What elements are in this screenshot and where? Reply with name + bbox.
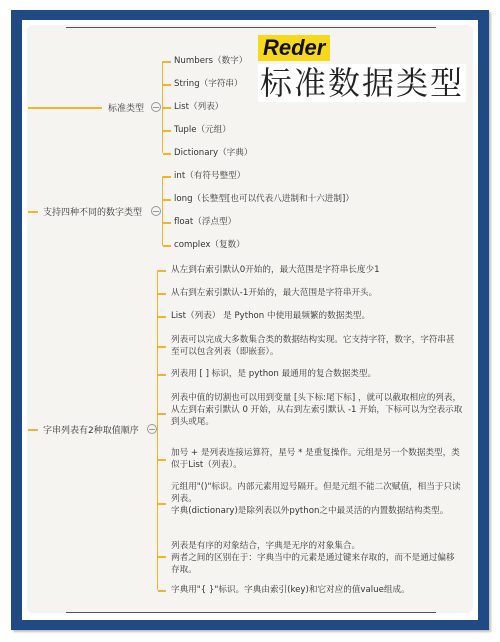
leaf-note-4[interactable]: 列表可以完成大多数集合类的数据结构实现。它支持字符，数字，字符串甚至可以包含列表… xyxy=(171,334,463,358)
leaf-note-10[interactable]: 字典用"{ }"标识。字典由索引(key)和它对应的值value组成。 xyxy=(171,584,463,596)
leaf-note-2[interactable]: 从右到左索引默认-1开始的，最大范围是字符串开头。 xyxy=(171,287,461,299)
leaf-list[interactable]: List（列表） xyxy=(174,101,223,113)
tick xyxy=(158,346,166,348)
leaf-tuple[interactable]: Tuple（元组） xyxy=(174,124,231,136)
leaf-long[interactable]: long（长整型[也可以代表八进制和十六进制]） xyxy=(174,193,354,205)
tick xyxy=(163,107,171,109)
branch-node-number-types[interactable]: 支持四种不同的数字类型 xyxy=(43,205,142,218)
branch-node-index-order[interactable]: 字串列表有2种取值顺序 xyxy=(43,423,139,436)
tick xyxy=(158,590,166,592)
tick xyxy=(158,459,166,461)
bracket xyxy=(157,270,158,590)
connector xyxy=(28,107,102,109)
leaf-numbers[interactable]: Numbers（数字） xyxy=(174,55,247,67)
leaf-note-3[interactable]: List（列表） 是 Python 中使用最频繁的数据类型。 xyxy=(171,310,461,322)
tick xyxy=(163,84,171,86)
tick xyxy=(158,316,166,318)
brand-label: Reder xyxy=(258,35,330,61)
collapse-toggle-icon[interactable] xyxy=(151,206,161,216)
tick xyxy=(163,176,171,178)
tick xyxy=(158,503,166,505)
leaf-note-7[interactable]: 加号 + 是列表连接运算符，星号 * 是重复操作。元组是另一个数据类型，类似于L… xyxy=(171,447,463,471)
leaf-float[interactable]: float（浮点型） xyxy=(174,216,236,228)
leaf-note-9[interactable]: 列表是有序的对象结合，字典是无序的对象集合。 两者之间的区别在于：字典当中的元素… xyxy=(171,540,463,576)
bottom-divider xyxy=(66,612,436,613)
tick xyxy=(158,293,166,295)
collapse-toggle-icon[interactable] xyxy=(147,424,157,434)
tick xyxy=(163,245,171,247)
collapse-toggle-icon[interactable] xyxy=(151,102,161,112)
top-divider xyxy=(66,27,436,28)
leaf-complex[interactable]: complex（复数） xyxy=(174,239,245,251)
tick xyxy=(158,270,166,272)
page-title: 标准数据类型 xyxy=(258,64,466,102)
tick xyxy=(163,222,171,224)
branch-node-standard-types[interactable]: 标准类型 xyxy=(108,101,144,114)
tick xyxy=(158,556,166,558)
leaf-note-8[interactable]: 元组用"()"标识。内部元素用逗号隔开。但是元组不能二次赋值，相当于只读列表。 … xyxy=(171,481,463,517)
tick xyxy=(163,130,171,132)
leaf-note-6[interactable]: 列表中值的切割也可以用到变量 [头下标:尾下标] ，就可以截取相应的列表， 从左… xyxy=(171,392,463,428)
tick xyxy=(163,199,171,201)
connector xyxy=(28,211,38,213)
leaf-dictionary[interactable]: Dictionary（字典） xyxy=(174,147,252,159)
connector xyxy=(28,429,38,431)
tick xyxy=(163,153,171,155)
tick xyxy=(158,374,166,376)
leaf-int[interactable]: int（有符号整型） xyxy=(174,170,245,182)
bracket xyxy=(162,176,163,246)
leaf-note-1[interactable]: 从左到右索引默认0开始的，最大范围是字符串长度少1 xyxy=(171,264,461,276)
leaf-note-5[interactable]: 列表用 [ ] 标识，是 python 最通用的复合数据类型。 xyxy=(171,368,461,380)
tick xyxy=(158,413,166,415)
leaf-string[interactable]: String（字符串） xyxy=(174,78,243,90)
tick xyxy=(163,61,171,63)
